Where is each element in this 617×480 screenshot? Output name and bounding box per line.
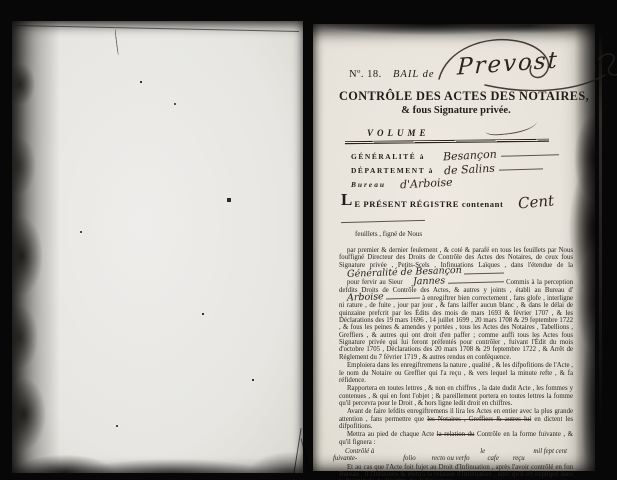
handwriting-squiggle xyxy=(484,114,537,136)
header-line: Nº. 18. BAIL de Prevost xyxy=(349,53,573,85)
bureau-name-handwritten: Arboise xyxy=(339,293,384,302)
formula-recu: reçu xyxy=(513,455,525,462)
bureau-label: Bureau xyxy=(351,180,386,189)
paragraph-4: Rapportera en toutes lettres , & non en … xyxy=(339,385,573,407)
formula-folio: folio xyxy=(403,455,415,462)
paragraph-6-pre: Mettra au pied de chaque Acte xyxy=(347,431,437,438)
paper-crack xyxy=(114,29,119,55)
handwritten-party-name: Prevost xyxy=(457,47,560,80)
paragraph-3: Emploiera dans les enregiftremens la nat… xyxy=(339,362,573,384)
page-subtitle: & fous Signature privée. xyxy=(339,105,573,116)
page-title: CONTRÔLE DES ACTES DES NOTAIRES, xyxy=(339,89,573,104)
ink-rule xyxy=(345,139,549,144)
paragraph-2: pour fervir au Sieur Jannes Commis à la … xyxy=(339,278,573,361)
paragraph-3-text: Emploiera dans les enregiftremens la nat… xyxy=(339,362,573,384)
formula-line-1: Contrôlé à le mil fept cent xyxy=(339,448,573,455)
folio-count-handwritten: Cent xyxy=(517,191,554,212)
handwritten-rule xyxy=(499,168,543,170)
paragraph-1: par premier & dernier feulement , & coté… xyxy=(339,247,573,277)
paragraph-7: Et au cas que l'Acte foit fujet au Droit… xyxy=(339,464,573,480)
handwritten-rule xyxy=(341,220,425,223)
field-departement: DÉPARTEMENT à de Salins xyxy=(351,160,573,171)
page-crease xyxy=(15,25,299,32)
book-edge-streak xyxy=(599,30,602,450)
formula-le: le xyxy=(480,448,485,455)
field-generalite: GÉNÉRALITÉ à Besançon xyxy=(351,146,573,157)
blank-left-page xyxy=(12,21,303,473)
register-number: Nº. 18. xyxy=(349,69,382,80)
book-scan: Nº. 18. BAIL de Prevost CONTRÔLE DES ACT… xyxy=(0,0,617,480)
register-line2: feuillets , figné de Nous xyxy=(355,230,573,238)
bureau-handwritten-value: d'Arboise xyxy=(400,176,453,192)
act-type-label: BAIL de xyxy=(393,69,435,80)
formula-mil-sept-cent: mil fept cent xyxy=(533,448,567,455)
formula-line-2: fuivante- folio recto ou verfo cafe reçu xyxy=(339,455,573,462)
paragraph-4-text: Rapportera en toutes lettres , & non en … xyxy=(339,385,573,407)
paragraph-7-text: Et au cas que l'Acte foit fujet au Droit… xyxy=(339,464,573,480)
formula-suivante: fuivante- xyxy=(333,455,357,462)
controle-formula: Contrôlé à le mil fept cent fuivante- fo… xyxy=(339,448,573,463)
formula-case: cafe xyxy=(488,455,499,462)
volume-row: VOLUME xyxy=(367,123,573,136)
paragraph-5: Avant de faire lefdits enregiftremens il… xyxy=(339,408,573,430)
handwritten-rule xyxy=(464,272,504,274)
handwritten-rule xyxy=(501,154,559,157)
paragraph-6: Mettra au pied de chaque Acte la relatio… xyxy=(339,431,573,446)
struck-text: les Notaires , Greffiers & autres lui xyxy=(427,416,531,423)
register-line1: E PRÉSENT RÉGISTRE contenant xyxy=(354,199,503,209)
paragraph-2-rest: à enregiftrer bien correctement , fans g… xyxy=(339,295,573,361)
formula-recto-verso: recto ou verfo xyxy=(432,455,470,462)
paragraph-2-lead: pour fervir au Sieur xyxy=(347,279,403,286)
handwritten-rule xyxy=(386,298,420,300)
paper-speckles xyxy=(140,81,142,83)
field-bureau: Bureau d'Arboise xyxy=(351,174,573,185)
handwritten-rule xyxy=(448,282,504,284)
volume-label: VOLUME xyxy=(367,128,430,138)
page-content: Nº. 18. BAIL de Prevost CONTRÔLE DES ACT… xyxy=(313,24,595,480)
struck-text: la relation du xyxy=(437,431,475,438)
preamble-paragraphs: par premier & dernier feulement , & coté… xyxy=(339,247,573,480)
formula-controle-a: Contrôlé à xyxy=(345,448,374,455)
register-statement: L E PRÉSENT RÉGISTRE contenant Cent feui… xyxy=(341,193,573,238)
dropcap-L: L xyxy=(341,193,352,207)
register-title-page: Nº. 18. BAIL de Prevost CONTRÔLE DES ACT… xyxy=(313,24,595,471)
commis-name-handwritten: Jannes xyxy=(405,278,445,287)
